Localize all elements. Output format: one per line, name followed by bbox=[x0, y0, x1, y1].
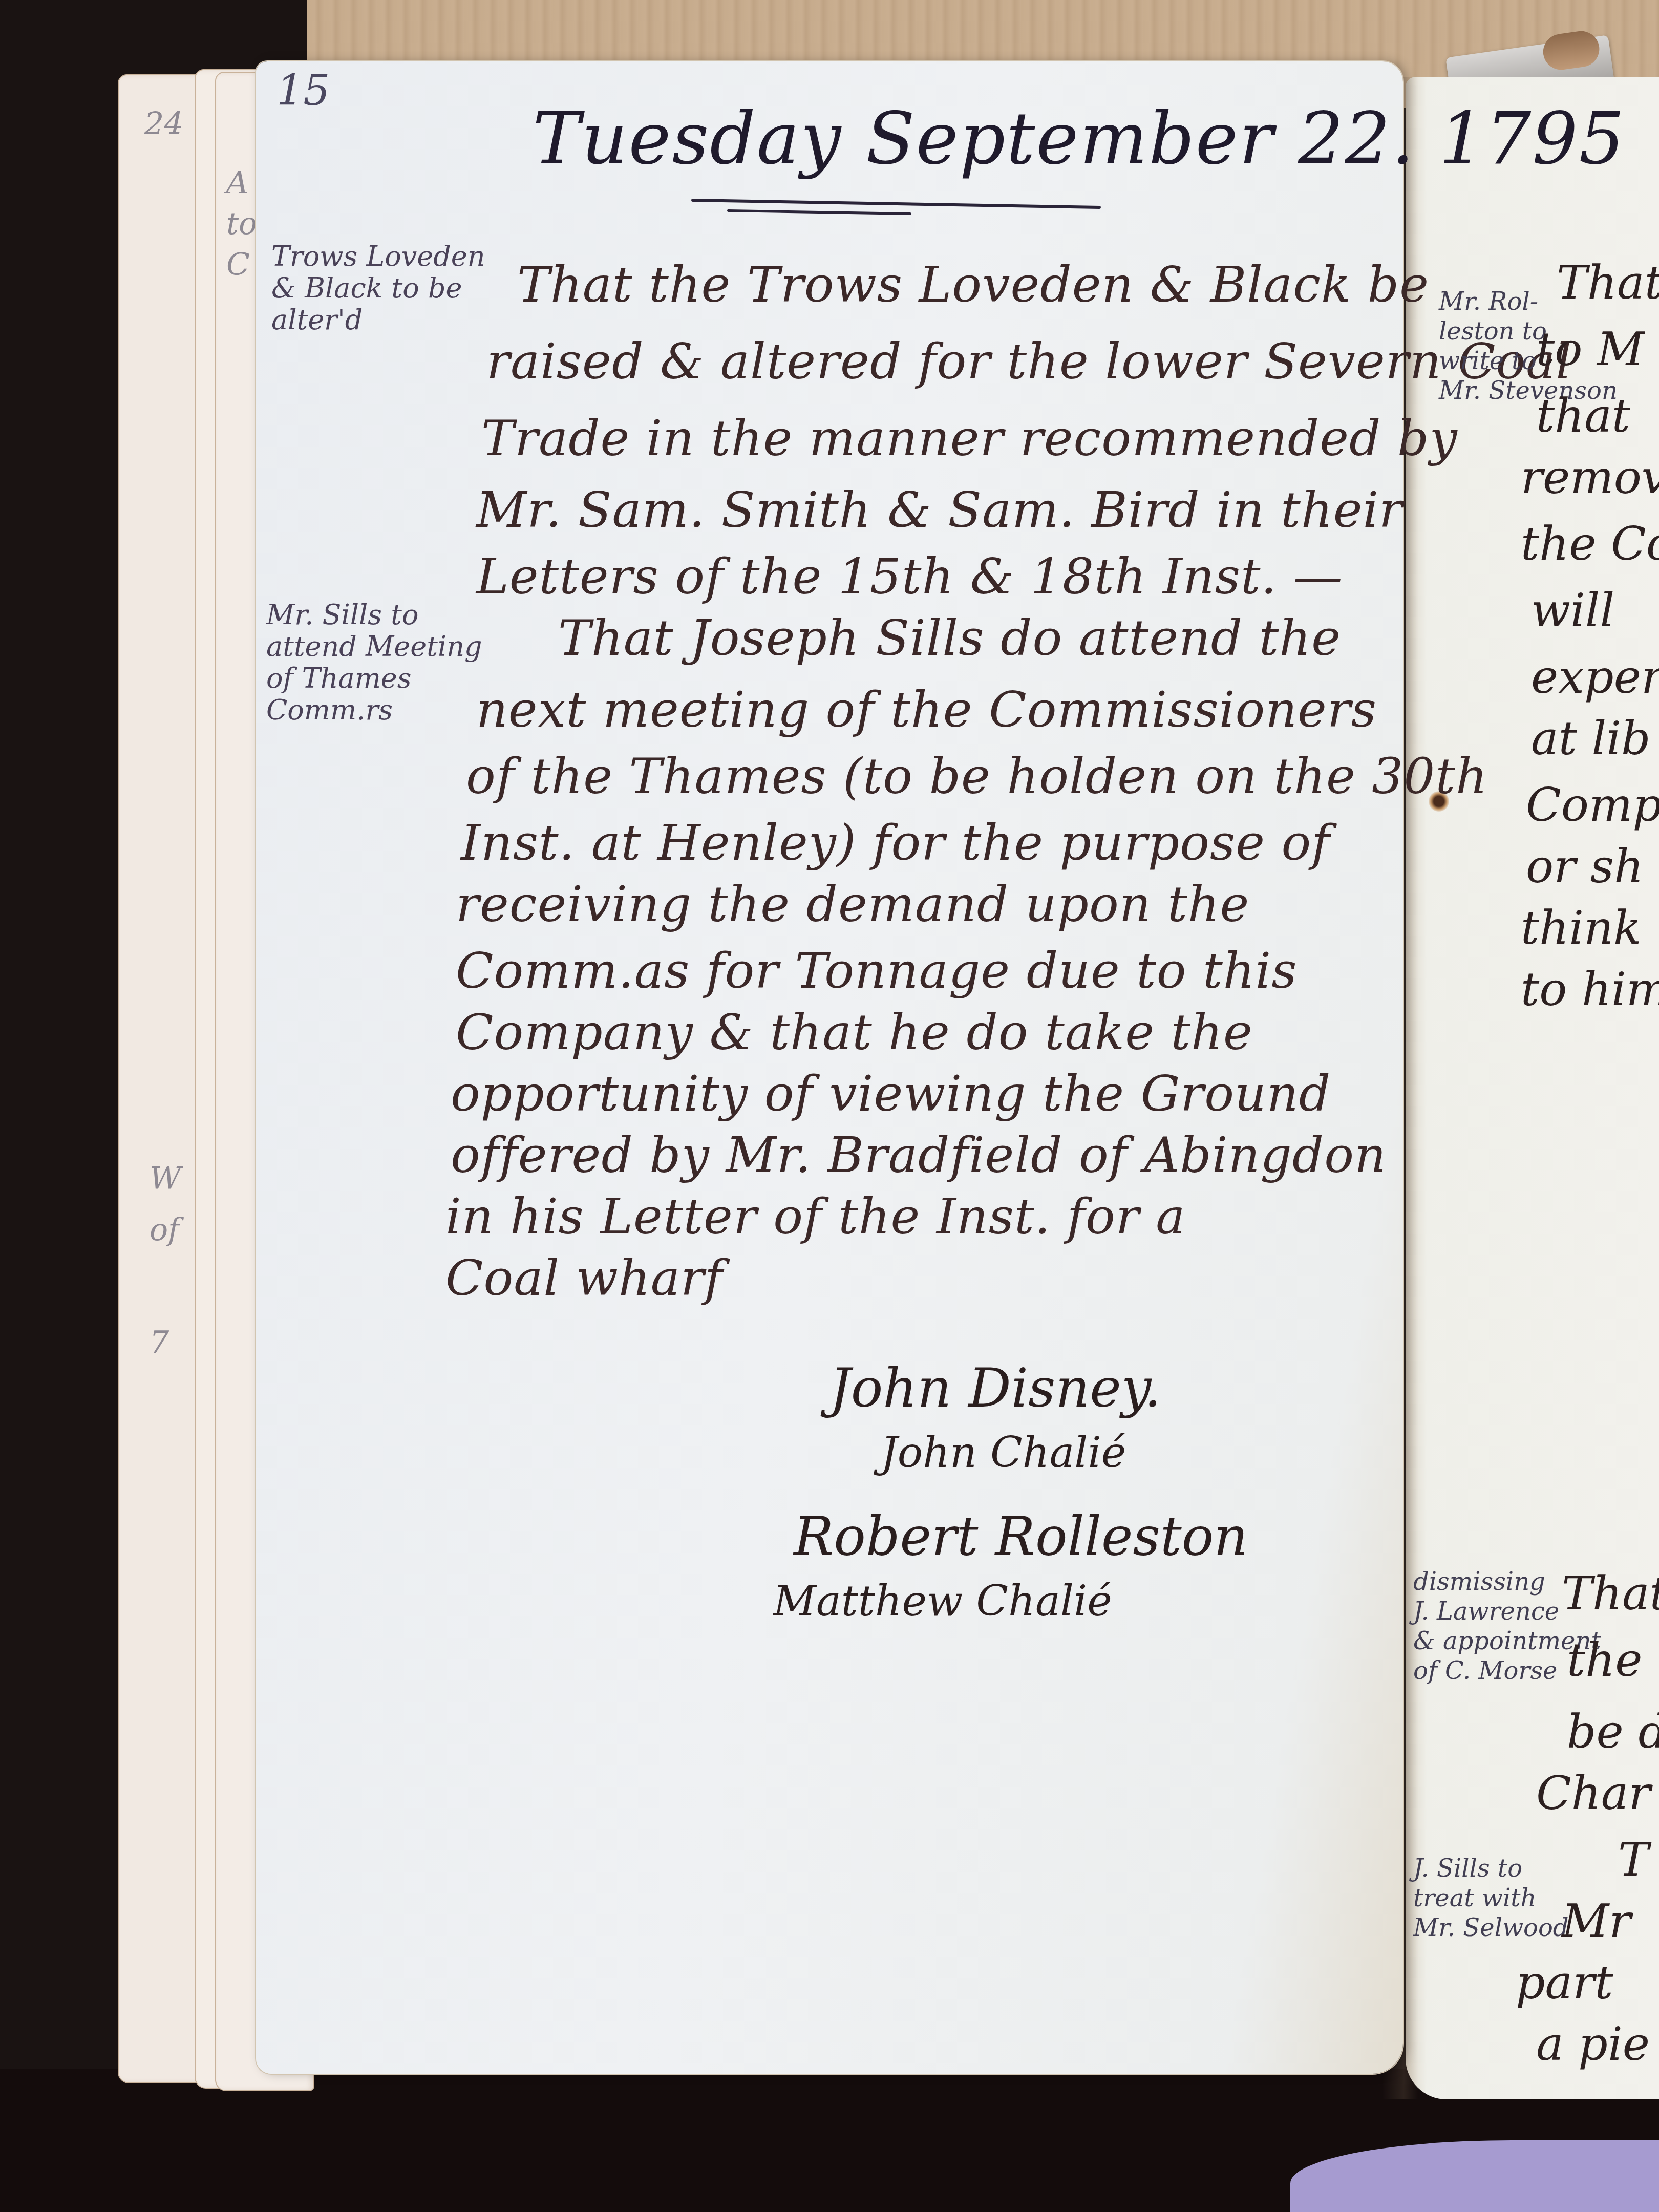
margin-note-line: Comm.rs bbox=[266, 694, 482, 726]
entry-line: Inst. at Henley) for the purpose of bbox=[461, 814, 1330, 871]
entry-line: Coal wharf bbox=[445, 1249, 723, 1307]
facing-text: at lib bbox=[1531, 712, 1651, 765]
margin-note-trows: Trows Loveden & Black to be alter'd bbox=[271, 241, 485, 336]
entry-line: next meeting of the Commissioners bbox=[476, 681, 1377, 738]
facing-text: that bbox=[1536, 389, 1630, 443]
entry-line: Trade in the manner recommended by bbox=[481, 410, 1458, 467]
facing-text: be dis bbox=[1567, 1705, 1659, 1759]
margin-note-line: Mr. Sills to bbox=[266, 599, 482, 631]
facing-text: T bbox=[1618, 1833, 1649, 1887]
leaf-page-number: 24 bbox=[144, 106, 183, 142]
facing-text: the Co bbox=[1521, 517, 1659, 571]
leaf-fragment: A bbox=[226, 165, 248, 201]
page-number: 15 bbox=[276, 67, 330, 115]
entry-line: offered by Mr. Bradfield of Abingdon bbox=[451, 1126, 1387, 1184]
entry-line: That the Trows Loveden & Black be bbox=[517, 256, 1429, 313]
facing-text: Mr bbox=[1562, 1895, 1631, 1948]
facing-text: Comp bbox=[1526, 778, 1659, 832]
entry-line: in his Letter of the Inst. for a bbox=[445, 1188, 1185, 1245]
facing-text: the T bbox=[1567, 1633, 1659, 1687]
margin-note-line: of Thames bbox=[266, 663, 482, 694]
page-heading-date: Tuesday September 22. 1795 bbox=[533, 97, 1626, 181]
entry-line: Mr. Sam. Smith & Sam. Bird in their bbox=[476, 481, 1403, 539]
facing-text: That bbox=[1562, 1567, 1659, 1621]
facing-text: part bbox=[1516, 1956, 1613, 2010]
facing-margin-note-sills: J. Sills to treat with Mr. Selwood bbox=[1413, 1854, 1569, 1943]
leaf-fragment: of bbox=[150, 1212, 179, 1248]
margin-note-line: Mr. Selwood bbox=[1413, 1913, 1569, 1943]
entry-line: That Joseph Sills do attend the bbox=[558, 609, 1341, 667]
facing-text: a pie bbox=[1536, 2017, 1650, 2071]
leaf-fragment: 7 bbox=[150, 1325, 169, 1360]
entry-line: Company & that he do take the bbox=[456, 1004, 1253, 1061]
signature-robert-rolleston: Robert Rolleston bbox=[794, 1505, 1248, 1568]
margin-note-line: alter'd bbox=[271, 304, 485, 336]
entry-line: Letters of the 15th & 18th Inst. — bbox=[476, 548, 1343, 605]
signature-john-disney: John Disney. bbox=[829, 1357, 1161, 1419]
entry-line: raised & altered for the lower Severn Co… bbox=[486, 333, 1572, 390]
margin-note-line: J. Sills to bbox=[1413, 1854, 1569, 1883]
facing-text: think bbox=[1521, 901, 1641, 955]
entry-line: receiving the demand upon the bbox=[456, 876, 1249, 933]
margin-note-line: & Black to be bbox=[271, 272, 485, 304]
facing-text: or sh bbox=[1526, 840, 1644, 894]
leaf-fragment: to bbox=[226, 206, 257, 242]
signature-john-chalie: John Chalié bbox=[881, 1429, 1126, 1477]
leaf-fragment: C bbox=[226, 247, 250, 283]
facing-text: will bbox=[1531, 584, 1614, 637]
facing-text: to M bbox=[1536, 323, 1644, 376]
entry-line: Comm.as for Tonnage due to this bbox=[456, 942, 1298, 999]
leaf-fragment: W bbox=[150, 1161, 181, 1197]
margin-note-line: Trows Loveden bbox=[271, 241, 485, 272]
signature-matthew-chalie: Matthew Chalié bbox=[773, 1577, 1112, 1626]
facing-text: experi bbox=[1531, 650, 1659, 704]
facing-text: to him bbox=[1521, 963, 1659, 1016]
entry-line: opportunity of viewing the Ground bbox=[451, 1065, 1331, 1122]
facing-text: remove bbox=[1521, 451, 1659, 504]
entry-line: of the Thames (to be holden on the 30th bbox=[466, 748, 1488, 805]
margin-note-sills: Mr. Sills to attend Meeting of Thames Co… bbox=[266, 599, 482, 726]
facing-text: Char bbox=[1536, 1767, 1651, 1820]
margin-note-line: treat with bbox=[1413, 1883, 1569, 1913]
margin-note-line: attend Meeting bbox=[266, 631, 482, 663]
facing-text: That bbox=[1557, 256, 1659, 310]
